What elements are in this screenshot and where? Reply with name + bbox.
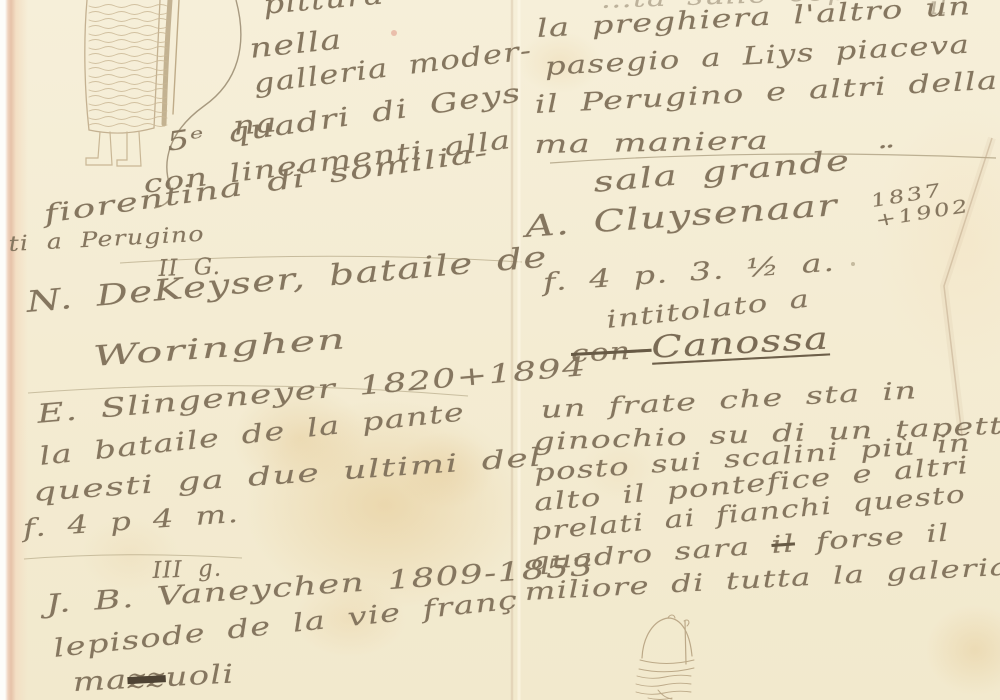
hw-text: ma [72,665,128,698]
crossed-out-word: il [771,529,796,559]
hw-text: uoli [165,660,235,694]
torn-left-edge [0,0,28,700]
crossed-out-word: con [570,336,652,368]
crossed-out-word: zz [127,663,167,695]
scanned-manuscript: pitturanellagalleria moder-na5ᵉ quadri d… [0,0,1000,700]
